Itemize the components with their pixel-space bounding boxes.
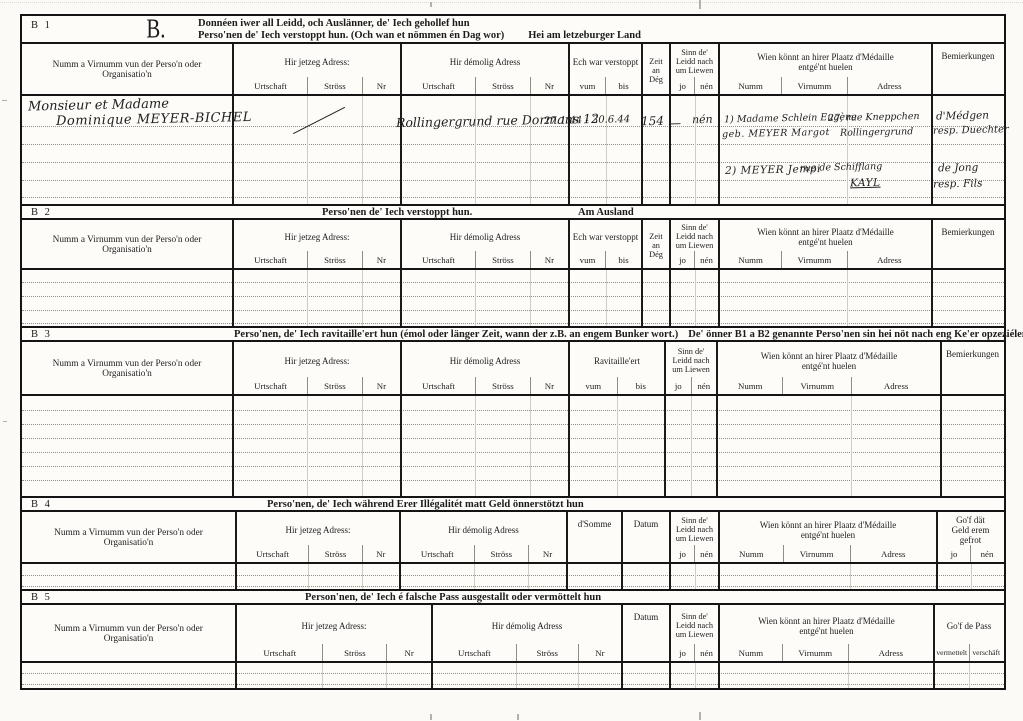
nen-label: nén xyxy=(694,77,718,94)
sub-divider xyxy=(971,564,972,589)
vermettelt-label: vermettelt xyxy=(935,644,969,661)
wien-label: Wien könnt an hirer Plaatz d'Médaille xyxy=(757,52,893,62)
b1-column-headers: Numm a Virnumm vun der Perso'n oder Orga… xyxy=(22,44,1004,96)
column-header-demolig-adress: Hir démolig Adress UrtschaftStrössNr xyxy=(402,220,570,268)
sub-divider xyxy=(969,663,970,688)
b4-column-headers: Numm a Virnumm vun der Perso'n oder Orga… xyxy=(22,512,1004,564)
sub-divider xyxy=(850,564,851,589)
urtschaft-label: Urtschaft xyxy=(402,77,475,94)
hw-medaille-1-adress: 27, rue Kneppchen xyxy=(828,111,920,124)
column-header-sinn-leidd: Sinn de'Leidd nachum Liewen jonén xyxy=(671,44,720,94)
body-col-bemierkungen xyxy=(933,270,1003,326)
hw-name-line2: Dominique MEYER-BICHEL xyxy=(56,110,252,129)
sub-divider xyxy=(847,270,848,326)
b5-entry-rows xyxy=(22,663,1004,688)
column-header-name: Numm a Virnumm vun der Perso'n oder Orga… xyxy=(22,342,234,394)
column-header-bemierkungen: Bemierkungen xyxy=(942,342,1003,394)
sub-divider xyxy=(386,663,387,688)
column-header-sinn-leidd: Sinn de'Leidd nachum Liewen jonén xyxy=(666,342,718,394)
name-column-label: Numm a Virnumm vun der Perso'n oder Orga… xyxy=(24,60,230,80)
b4-title: Perso'nen, de' Iech während Erer Illégal… xyxy=(267,499,584,510)
sub-divider xyxy=(528,564,529,589)
sub-divider xyxy=(530,270,531,326)
sub-divider xyxy=(578,663,579,688)
body-col-jetzeg xyxy=(237,663,433,688)
somme-label: d'Somme xyxy=(568,512,621,562)
sub-divider xyxy=(848,663,849,688)
column-header-gof-pass: Go'f de Pass vermetteltverschäft xyxy=(935,605,1003,661)
sub-divider xyxy=(475,396,476,496)
column-header-demolig-adress: Hir démolig Adress UrtschaftStrössNr xyxy=(402,342,570,394)
b3-label: B 3 xyxy=(31,329,52,340)
b1-titlebar: B 1 B. Donnéen iwer all Leidd, och Auslä… xyxy=(22,16,1004,44)
body-col-medaille xyxy=(720,663,935,688)
body-col-name xyxy=(22,564,237,589)
body-col-datum xyxy=(623,564,671,589)
b4-label: B 4 xyxy=(31,499,52,510)
b5-label: B 5 xyxy=(31,592,52,603)
body-col-name xyxy=(22,663,237,688)
hw-verstoppt-dates: 27.1.44 - 30.6.44 xyxy=(544,114,630,127)
verstoppt-label: Ech war verstoppt xyxy=(570,220,641,251)
body-col-sinn xyxy=(666,396,718,496)
b2-titlebar: B 2 Perso'nen de' Iech verstoppt hun. Am… xyxy=(22,206,1004,220)
b3-column-headers: Numm a Virnumm vun der Perso'n oder Orga… xyxy=(22,342,1004,396)
hw-bem-2-line2: resp. Fils xyxy=(933,177,983,190)
b1-title-right: Hei am letzeburger Land xyxy=(528,30,641,41)
sub-divider xyxy=(691,396,692,496)
sinn-label: Sinn de' xyxy=(676,48,714,57)
column-header-jetzeg-adress: Hir jetzeg Adress: UrtschaftStrössNr xyxy=(237,512,401,562)
body-col-ravitailleert xyxy=(570,396,666,496)
section-b3: B 3 Perso'nen, de' Iech ravitaille'ert h… xyxy=(22,326,1004,496)
body-col-demolig xyxy=(401,564,568,589)
column-header-sinn-leidd: Sinn de'Leidd nachum Liewen jonén xyxy=(671,220,720,268)
column-header-name: Numm a Virnumm vun der Perso'n oder Orga… xyxy=(22,605,237,661)
column-header-bemierkungen: Bemierkungen xyxy=(933,220,1003,268)
stross-label: Ströss xyxy=(475,77,530,94)
scan-artifact-mark xyxy=(699,712,701,720)
sub-divider xyxy=(322,663,323,688)
urtschaft-label: Urtschaft xyxy=(234,77,307,94)
bis-label: bis xyxy=(605,77,641,94)
b5-titlebar: B 5 Person'nen, de' Iech é falsche Pass … xyxy=(22,591,1004,605)
datum-label: Datum xyxy=(623,512,669,562)
sub-divider xyxy=(362,270,363,326)
column-header-medaille: Wien könnt an hirer Plaatz d'Médailleent… xyxy=(720,44,933,94)
b1-title-line2-text: Perso'nen de' Iech verstoppt hun. (Och w… xyxy=(198,30,504,41)
body-col-demolig xyxy=(402,270,570,326)
scan-artifact-dotline xyxy=(0,2,1023,3)
b5-column-headers: Numm a Virnumm vun der Perso'n oder Orga… xyxy=(22,605,1004,663)
body-col-medaille xyxy=(720,270,933,326)
gof-geld-label: Go'f dät xyxy=(940,515,1001,525)
column-header-gof-geld: Go'f dätGeld erem gefrot jonén xyxy=(938,512,1003,562)
b1-big-letter: B. xyxy=(146,15,165,42)
hw-medaille-2-adress: rue de Schifflang xyxy=(800,161,882,174)
b4-entry-rows xyxy=(22,564,1004,589)
adress-label: Adress xyxy=(847,77,931,94)
body-col-jetzeg xyxy=(234,396,402,496)
form-b-sheet: B 1 B. Donnéen iwer all Leidd, och Auslä… xyxy=(20,14,1006,690)
numm-label: Numm xyxy=(720,77,781,94)
sub-divider xyxy=(617,396,618,496)
stross-label: Ströss xyxy=(307,77,362,94)
b1-title-line1: Donnéen iwer all Leidd, och Auslänner, d… xyxy=(198,18,641,30)
sub-divider xyxy=(851,396,852,496)
body-col-jetzeg xyxy=(234,270,402,326)
column-header-zeit: ZeitanDég xyxy=(643,44,671,94)
section-b5: B 5 Person'nen, de' Iech é falsche Pass … xyxy=(22,589,1004,688)
b2-label: B 2 xyxy=(31,207,52,218)
column-header-name: Numm a Virnumm vun der Perso'n oder Orga… xyxy=(22,220,234,268)
sub-divider xyxy=(307,270,308,326)
scan-artifact-mark xyxy=(430,714,432,720)
column-header-medaille: Wien könnt an hirer Plaatz d'Médailleent… xyxy=(720,605,935,661)
body-col-sinn xyxy=(671,270,720,326)
column-header-jetzeg-adress: Hir jetzeg Adress: UrtschaftStrössNr xyxy=(237,605,433,661)
sub-divider xyxy=(362,564,363,589)
body-col-medaille xyxy=(718,396,942,496)
vum-label: vum xyxy=(570,77,605,94)
column-header-sinn-leidd: Sinn de'Leidd nachum Liewen jonén xyxy=(671,605,720,661)
jetzeg-label: Hir jetzeg Adress: xyxy=(234,220,400,251)
column-header-demolig-adress: Hir démolig Adress UrtschaftStrössNr xyxy=(402,44,570,94)
scan-artifact-mark xyxy=(430,2,432,7)
column-header-medaille: Wien könnt an hirer Plaatz d'Médailleent… xyxy=(720,220,933,268)
b1-label: B 1 xyxy=(31,20,52,31)
body-col-somme xyxy=(568,564,623,589)
sub-divider xyxy=(695,270,696,326)
hw-medaille-1-adress2: Rollingergrund xyxy=(840,126,914,139)
jo-label: jo xyxy=(671,77,694,94)
gof-pass-label: Go'f de Pass xyxy=(935,605,1003,644)
sub-divider xyxy=(530,396,531,496)
sub-divider xyxy=(695,564,696,589)
column-header-jetzeg-adress: Hir jetzeg Adress: UrtschaftStrössNr xyxy=(234,342,402,394)
sub-divider xyxy=(516,663,517,688)
column-header-zeit: ZeitanDég xyxy=(643,220,671,268)
hw-bem-2-line1: de Jong xyxy=(938,162,979,175)
b4-titlebar: B 4 Perso'nen, de' Iech während Erer Ill… xyxy=(22,498,1004,512)
b3-title-right: De' önner B1 a B2 genannte Perso'nen sin… xyxy=(688,329,1023,340)
jetzeg-label: Hir jetzeg Adress: xyxy=(234,44,400,77)
b2-column-headers: Numm a Virnumm vun der Perso'n oder Orga… xyxy=(22,220,1004,270)
scanned-form-page: B 1 B. Donnéen iwer all Leidd, och Auslä… xyxy=(0,0,1023,721)
virnumm-label: Virnumm xyxy=(781,77,846,94)
hw-bem-1-line2: resp. Duechter xyxy=(933,124,1009,137)
verschaft-label: verschäft xyxy=(969,644,1004,661)
bemierkungen-label: Bemierkungen xyxy=(933,44,1003,94)
hw-medaille-2-adress2: KAYL xyxy=(850,177,881,190)
column-header-demolig-adress: Hir démolig Adress UrtschaftStrössNr xyxy=(433,605,623,661)
demolig-label: Hir démolig Adress xyxy=(402,220,568,251)
b3-entry-rows xyxy=(22,396,1004,496)
body-col-medaille xyxy=(720,564,938,589)
body-col-datum xyxy=(623,663,671,688)
section-b1: B 1 B. Donnéen iwer all Leidd, och Auslä… xyxy=(22,16,1004,204)
nr-label: Nr xyxy=(530,77,568,94)
b3-title: Perso'nen, de' Iech ravitaille'ert hun (… xyxy=(234,329,1023,340)
column-header-medaille: Wien könnt an hirer Plaatz d'Médailleent… xyxy=(718,342,942,394)
column-header-name: Numm a Virnumm vun der Perso'n oder Orga… xyxy=(22,44,234,94)
b2-title: Perso'nen de' Iech verstoppt hun. xyxy=(322,207,472,218)
b2-entry-rows xyxy=(22,270,1004,326)
b3-titlebar: B 3 Perso'nen, de' Iech ravitaille'ert h… xyxy=(22,328,1004,342)
zeit-label: Zeit xyxy=(649,57,663,66)
column-header-ravitailleert: Ravitaille'ert vumbis xyxy=(570,342,666,394)
body-col-jetzeg xyxy=(237,564,401,589)
sub-divider xyxy=(474,564,475,589)
scan-artifact-mark xyxy=(3,421,7,422)
name-column-label: Numm a Virnumm vun der Perso'n oder Orga… xyxy=(24,235,230,255)
body-col-gof-geld xyxy=(938,564,1003,589)
body-col-bemierkungen xyxy=(942,396,1003,496)
scan-artifact-mark xyxy=(517,714,519,720)
hw-leidd-nen: nén xyxy=(692,113,713,126)
column-header-name: Numm a Virnumm vun der Perso'n oder Orga… xyxy=(22,512,237,562)
b5-title: Person'nen, de' Iech é falsche Pass ausg… xyxy=(305,592,601,603)
sub-divider xyxy=(695,663,696,688)
sub-divider xyxy=(308,564,309,589)
sub-divider xyxy=(475,270,476,326)
body-col-demolig xyxy=(402,396,570,496)
scan-artifact-mark xyxy=(699,0,701,9)
section-b2: B 2 Perso'nen de' Iech verstoppt hun. Am… xyxy=(22,204,1004,326)
column-header-bemierkungen: Bemierkungen xyxy=(933,44,1003,94)
ravitailleert-label: Ravitaille'ert xyxy=(570,342,664,377)
column-header-verstoppt: Ech war verstoppt vumbis xyxy=(570,44,643,94)
demolig-label: Hir démolig Adress xyxy=(402,44,568,77)
body-col-sinn xyxy=(671,564,720,589)
verstoppt-label: Ech war verstoppt xyxy=(570,44,641,77)
b1-entry-rows: Monsieur et Madame Dominique MEYER-BICHE… xyxy=(22,96,1004,204)
section-b4: B 4 Perso'nen, de' Iech während Erer Ill… xyxy=(22,496,1004,589)
hw-slash-mark xyxy=(293,107,345,134)
hw-bem-1-line1: d'Médgen xyxy=(936,109,989,122)
hw-leidd-jo: — xyxy=(669,116,681,130)
body-col-sinn xyxy=(671,663,720,688)
column-header-verstoppt: Ech war verstoppt vumbis xyxy=(570,220,643,268)
b2-title-right: Am Ausland xyxy=(578,207,634,218)
column-header-datum: Datum xyxy=(623,512,671,562)
hw-zeit-deg: 154 xyxy=(641,114,664,128)
column-header-datum: Datum xyxy=(623,605,671,661)
body-col-name xyxy=(22,270,234,326)
body-col-name xyxy=(22,396,234,496)
column-header-jetzeg-adress: Hir jetzeg Adress: UrtschaftStrössNr xyxy=(234,44,402,94)
b1-title: Donnéen iwer all Leidd, och Auslänner, d… xyxy=(198,18,641,42)
column-header-medaille: Wien könnt an hirer Plaatz d'Médailleent… xyxy=(720,512,938,562)
b1-title-line2: Perso'nen de' Iech verstoppt hun. (Och w… xyxy=(198,30,641,42)
body-col-gof-pass xyxy=(935,663,1003,688)
hw-medaille-1-name2: geb. MEYER Margot xyxy=(722,127,830,140)
sub-divider xyxy=(307,396,308,496)
column-header-somme: d'Somme xyxy=(568,512,623,562)
sub-divider xyxy=(362,396,363,496)
column-header-demolig-adress: Hir démolig Adress UrtschaftStrössNr xyxy=(401,512,568,562)
column-header-jetzeg-adress: Hir jetzeg Adress: UrtschaftStrössNr xyxy=(234,220,402,268)
nr-label: Nr xyxy=(362,77,400,94)
b1-handwritten-entry: Monsieur et Madame Dominique MEYER-BICHE… xyxy=(22,96,1004,204)
body-col-demolig xyxy=(433,663,623,688)
column-header-sinn-leidd: Sinn de'Leidd nachum Liewen jonén xyxy=(671,512,720,562)
body-col-verstoppt xyxy=(570,270,643,326)
scan-artifact-mark xyxy=(2,100,7,101)
sub-divider xyxy=(606,270,607,326)
body-col-zeit xyxy=(643,270,671,326)
